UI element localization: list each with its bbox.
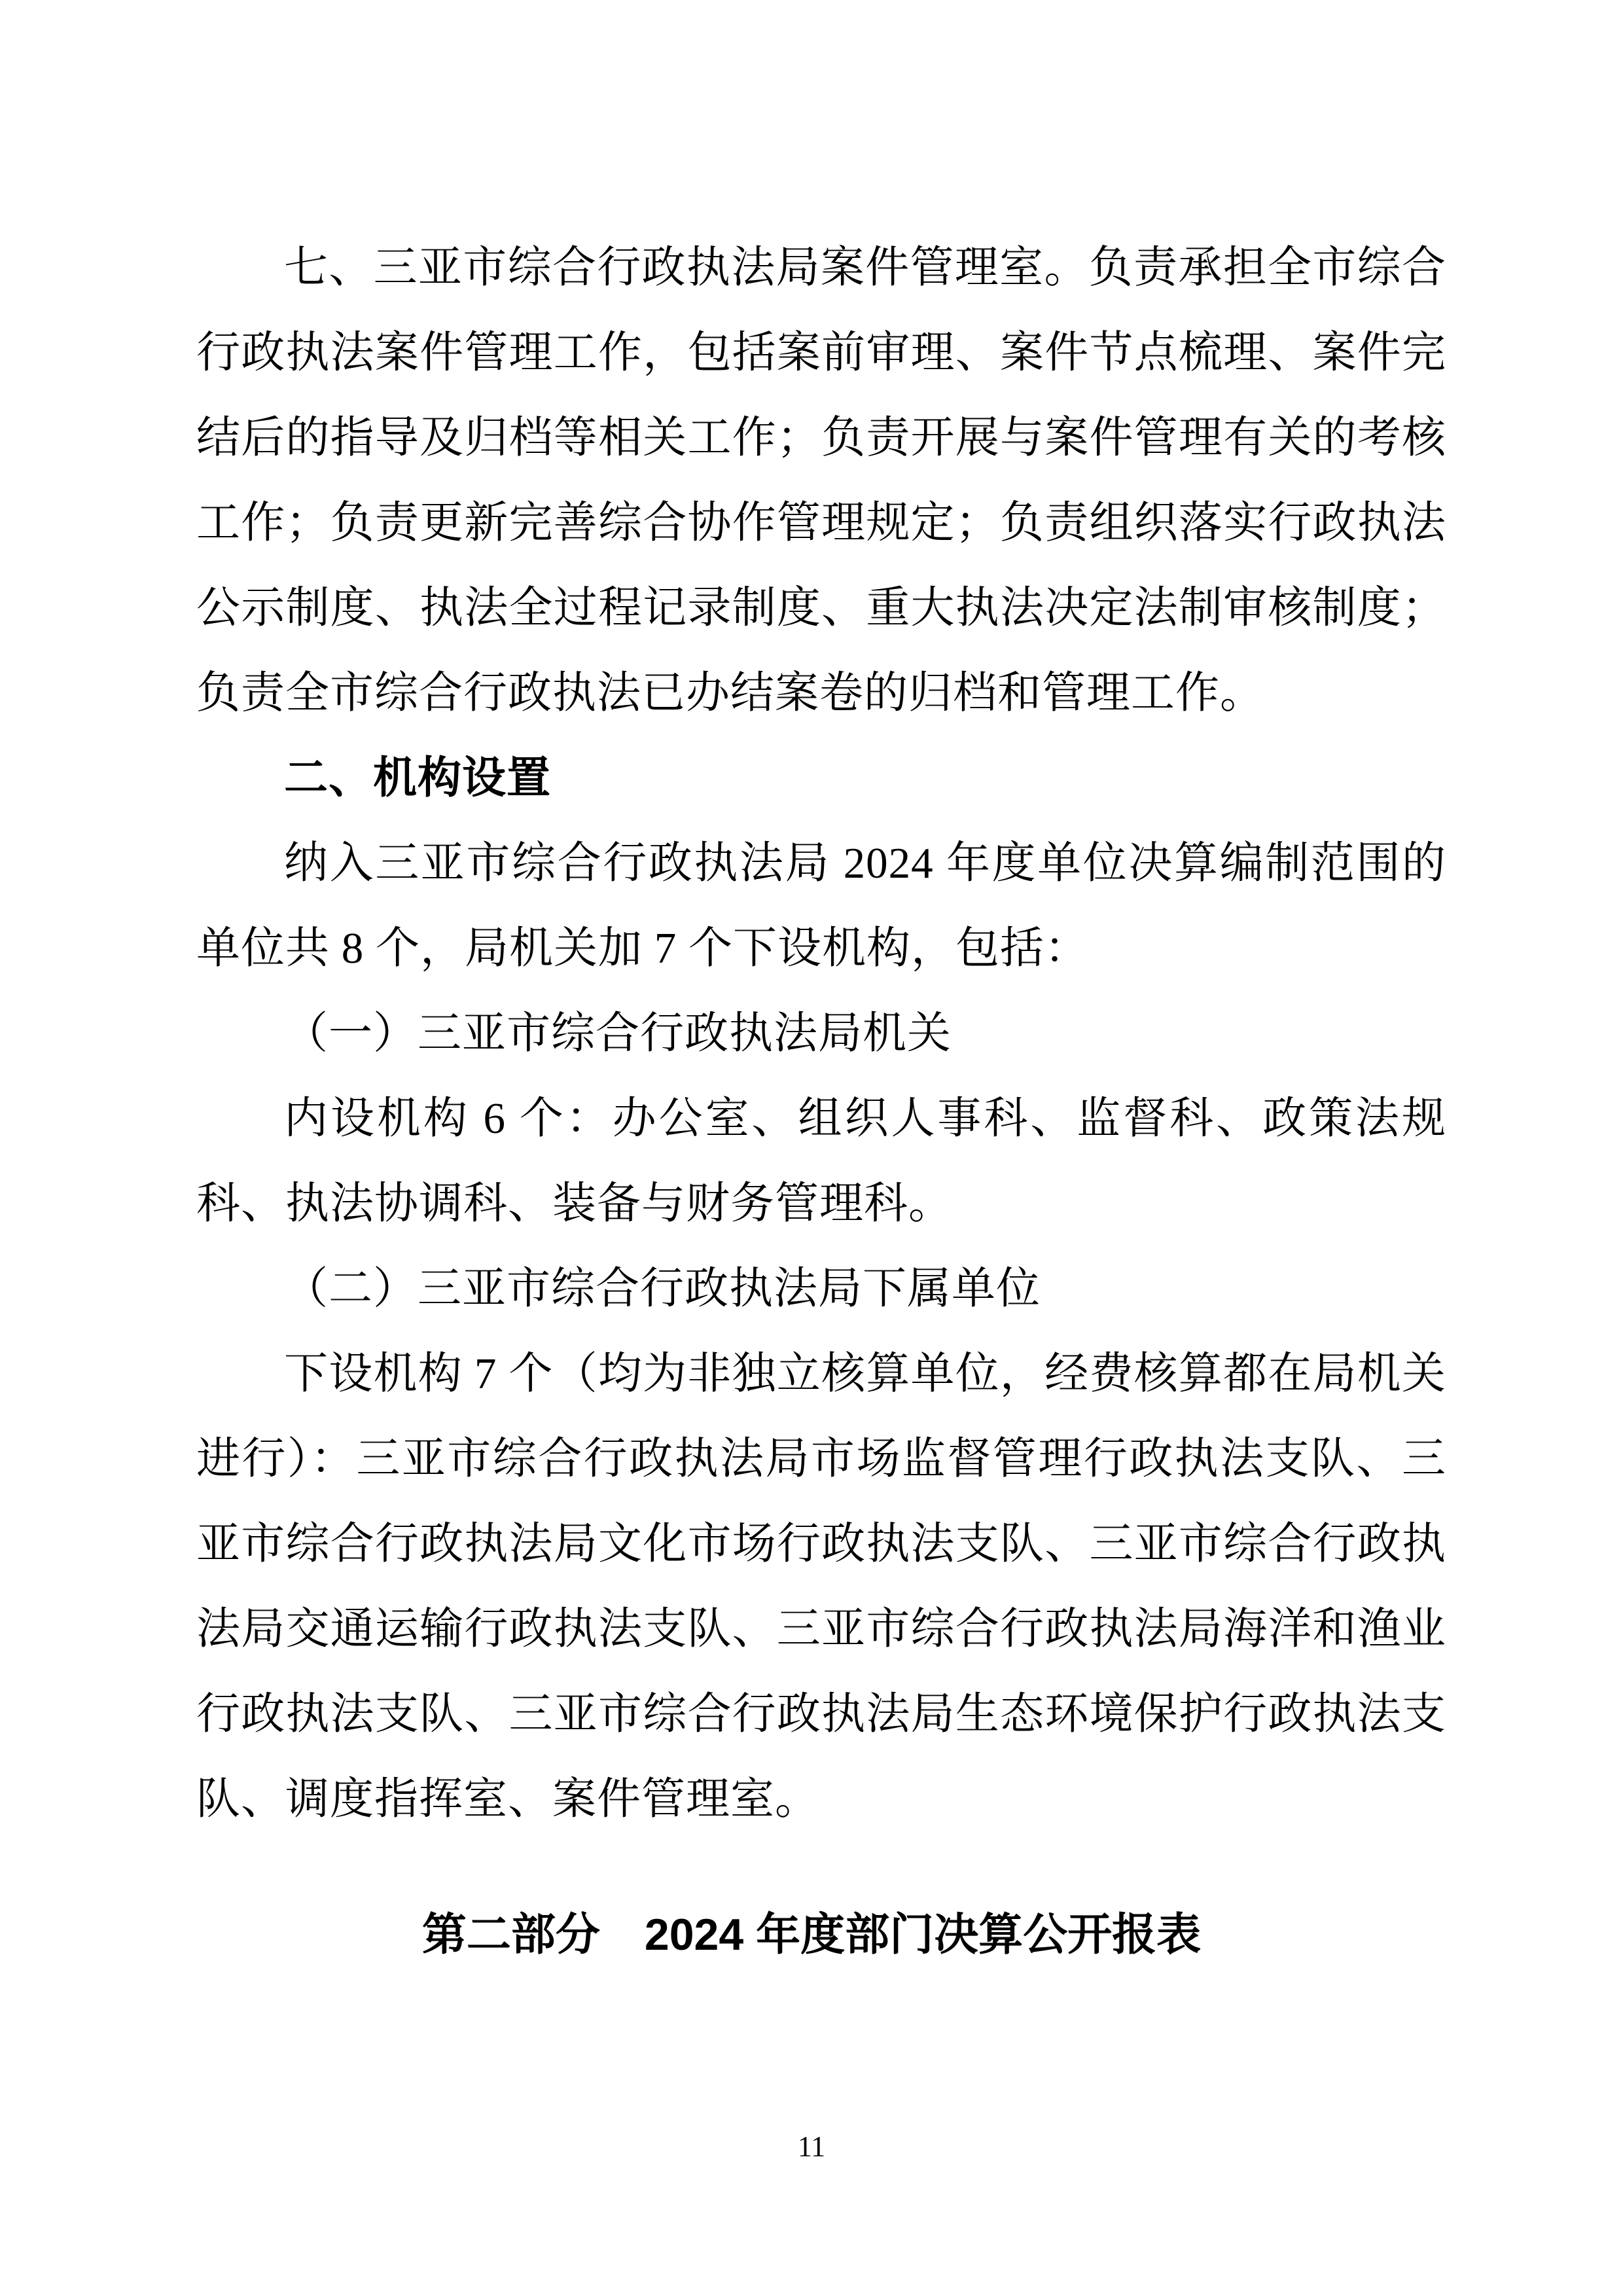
paragraph-internal-organs-list: 内设机构 6 个：办公室、组织人事科、监督科、政策法规科、执法协调科、装备与财务… bbox=[196, 1076, 1446, 1246]
heading-organization-setup: 二、机构设置 bbox=[196, 736, 1446, 821]
paragraph-final-accounts-scope: 纳入三亚市综合行政执法局 2024 年度单位决算编制范围的单位共 8 个，局机关… bbox=[196, 821, 1446, 991]
document-page: 七、三亚市综合行政执法局案件管理室。负责承担全市综合行政执法案件管理工作，包括案… bbox=[0, 0, 1623, 2296]
section-2-title: 第二部分 2024 年度部门决算公开报表 bbox=[0, 1909, 1623, 1961]
paragraph-subsection-2-subordinate-units: （二）三亚市综合行政执法局下属单位 bbox=[196, 1246, 1446, 1331]
paragraph-subsection-1-bureau-organ: （一）三亚市综合行政执法局机关 bbox=[196, 991, 1446, 1076]
paragraph-case-management-office-duty: 七、三亚市综合行政执法局案件管理室。负责承担全市综合行政执法案件管理工作，包括案… bbox=[196, 225, 1446, 736]
paragraph-subordinate-units-list: 下设机构 7 个（均为非独立核算单位，经费核算都在局机关进行）：三亚市综合行政执… bbox=[196, 1331, 1446, 1842]
document-body: 七、三亚市综合行政执法局案件管理室。负责承担全市综合行政执法案件管理工作，包括案… bbox=[196, 225, 1446, 1842]
page-number: 11 bbox=[0, 2131, 1623, 2162]
